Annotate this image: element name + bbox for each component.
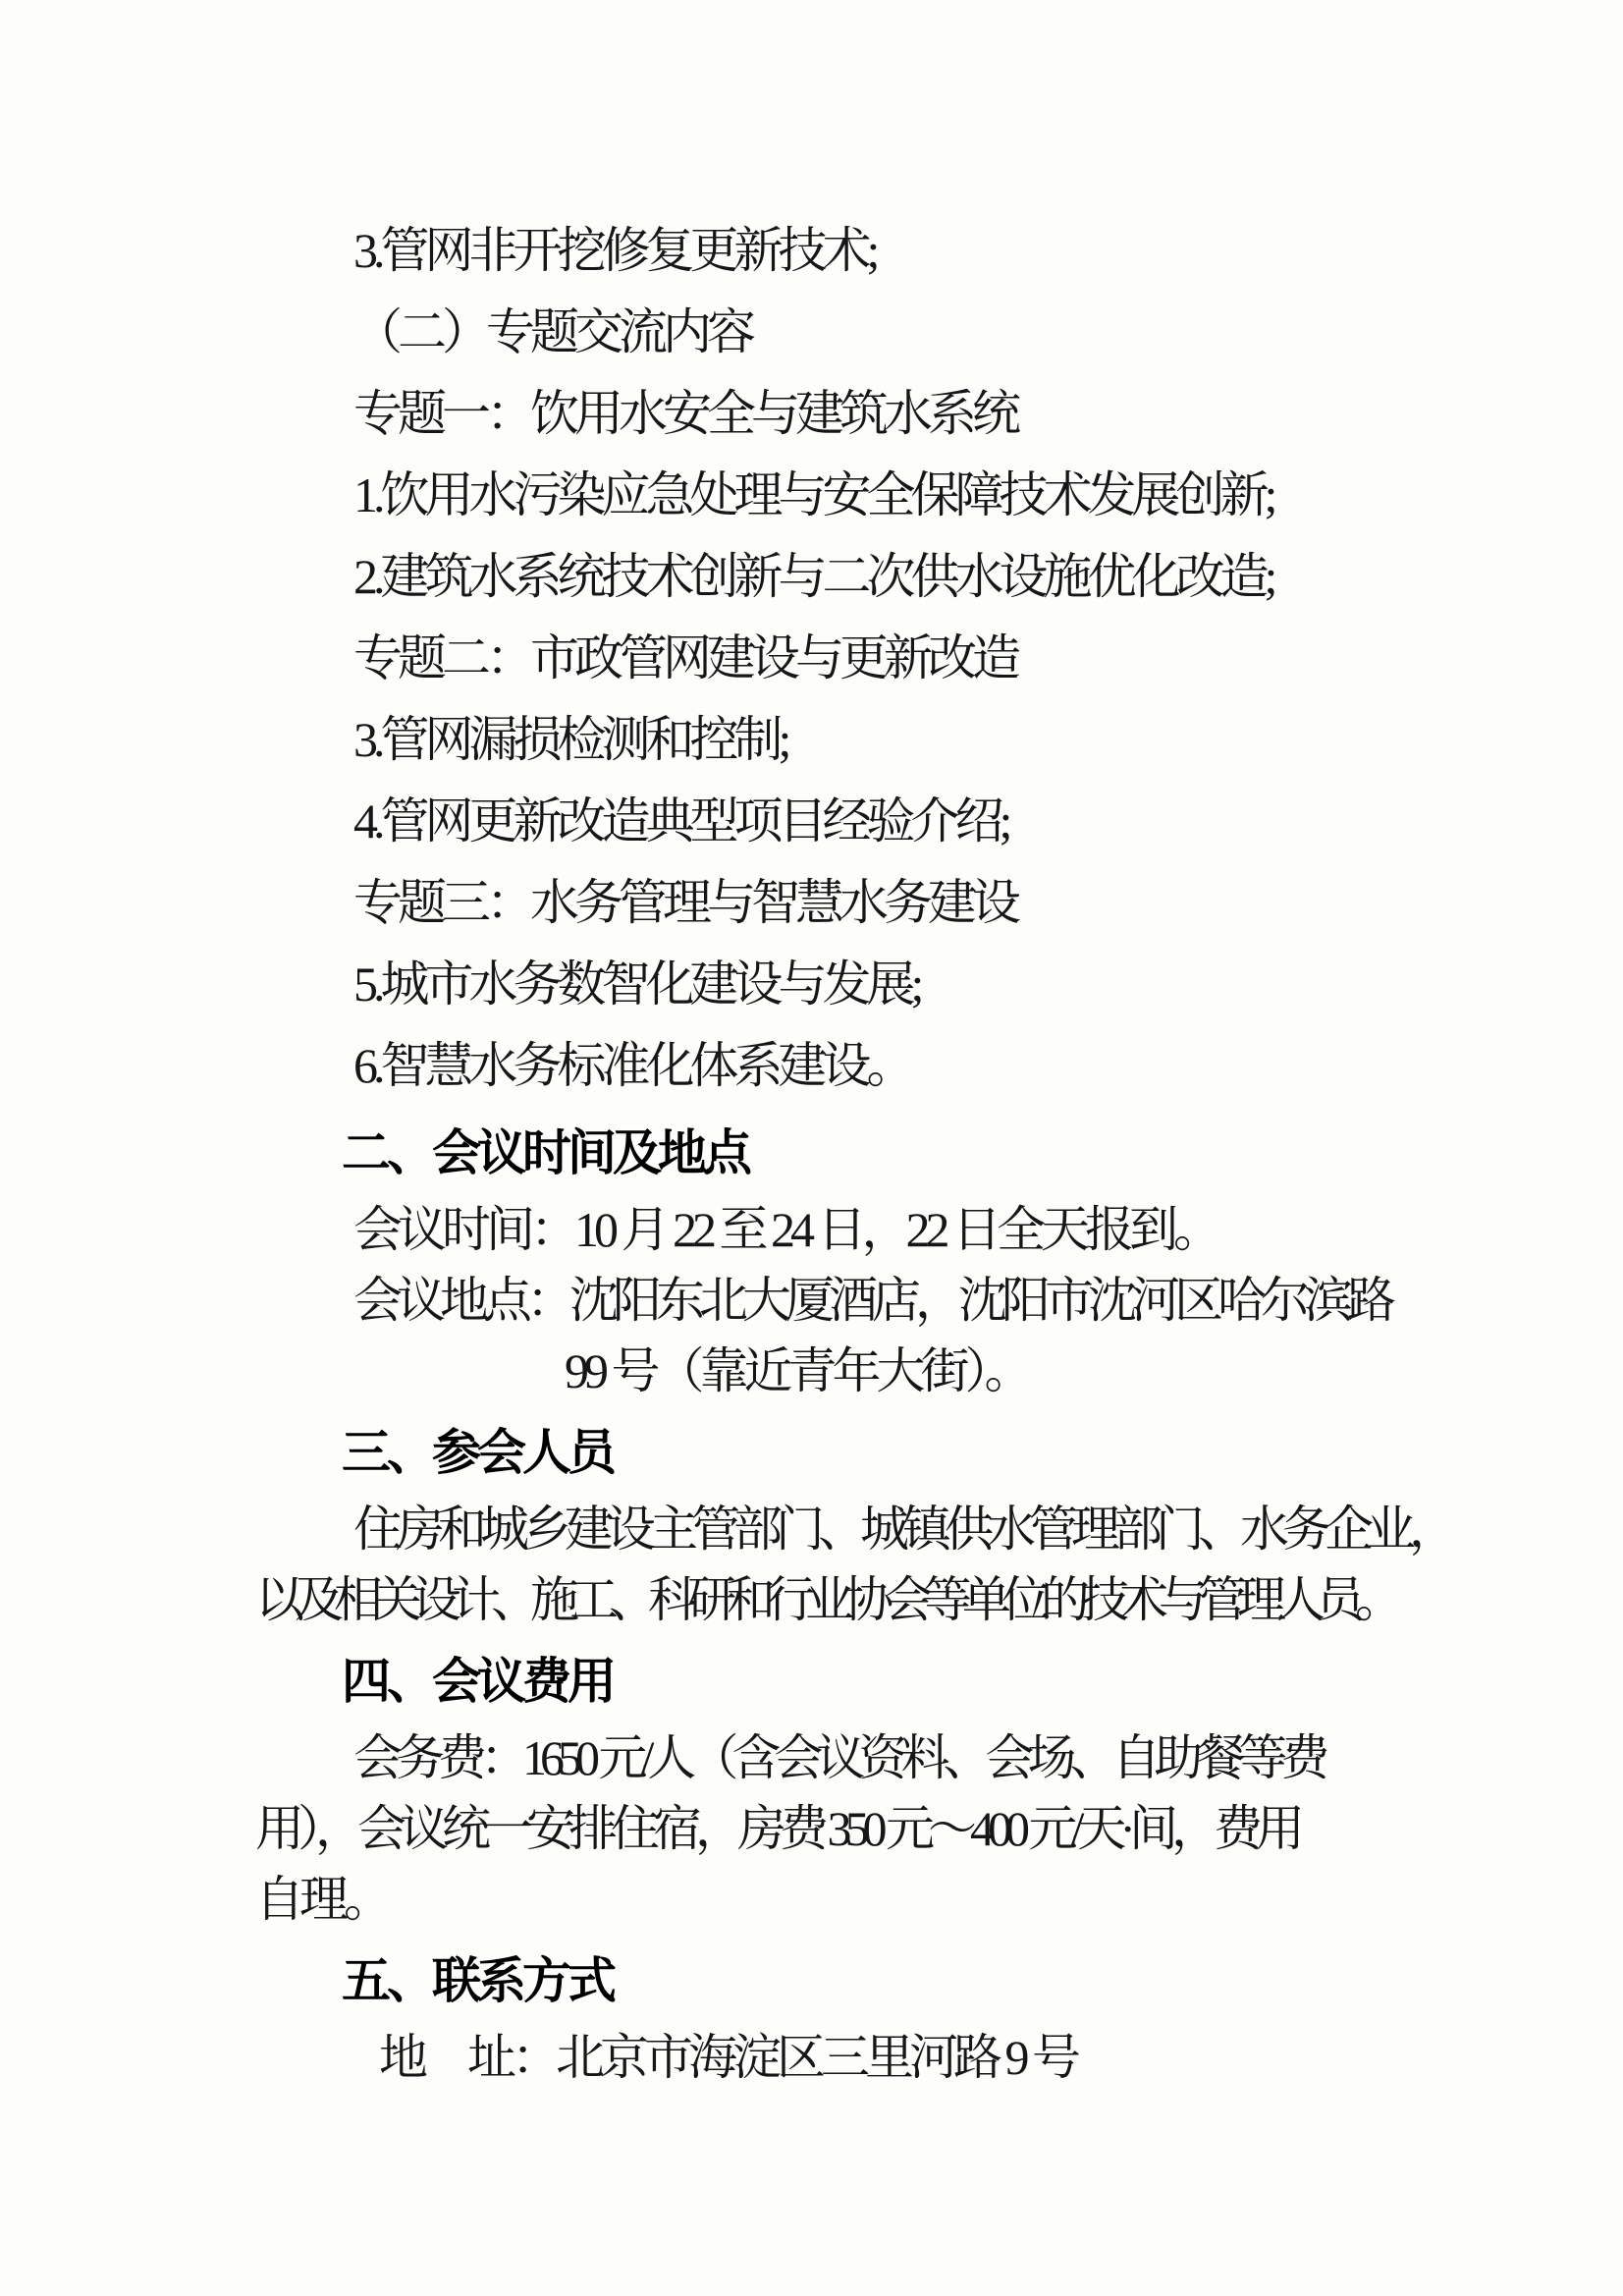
fee-line: 自理。 [255, 1864, 1492, 1935]
document-page: 3.管网非开挖修复更新技术; （二）专题交流内容 专题一：饮用水安全与建筑水系统… [0, 0, 1623, 2296]
meeting-time-line: 会议时间：10 月 22 至 24 日，22 日全天报到。 [255, 1194, 1492, 1265]
participants-line: 以及相关设计、施工、科研和行业协会等单位的技术与管理人员。 [255, 1564, 1492, 1635]
topic-list: 3.管网非开挖修复更新技术; （二）专题交流内容 专题一：饮用水安全与建筑水系统… [255, 210, 1492, 1107]
meeting-location-line2: 99 号（靠近青年大街）。 [255, 1336, 1492, 1406]
section-heading: 三、参会人员 [255, 1412, 1492, 1494]
contact-address-line: 地 址：北京市海淀区三里河路 9 号 [255, 2022, 1492, 2093]
section-heading: 四、会议费用 [255, 1641, 1492, 1722]
topic-title: 专题二：市政管网建设与更新改造 [255, 618, 1492, 699]
section-contact: 五、联系方式 地 址：北京市海淀区三里河路 9 号 [255, 1941, 1492, 2093]
fee-line: 会务费：1650 元/人（含会议资料、会场、自助餐等费 [255, 1722, 1492, 1793]
list-item: 4.管网更新改造典型项目经验介绍; [255, 781, 1492, 862]
list-subheading: （二）专题交流内容 [255, 292, 1492, 373]
section-heading: 五、联系方式 [255, 1941, 1492, 2022]
participants-line: 住房和城乡建设主管部门、城镇供水管理部门、水务企业， [255, 1494, 1492, 1564]
section-heading: 二、会议时间及地点 [255, 1113, 1492, 1194]
topic-title: 专题一：饮用水安全与建筑水系统 [255, 373, 1492, 455]
document-content: 3.管网非开挖修复更新技术; （二）专题交流内容 专题一：饮用水安全与建筑水系统… [255, 210, 1492, 2093]
list-item: 3.管网漏损检测和控制; [255, 699, 1492, 781]
list-item: 6.智慧水务标准化体系建设。 [255, 1025, 1492, 1107]
list-item: 1.饮用水污染应急处理与安全保障技术发展创新; [255, 455, 1492, 536]
section-time-location: 二、会议时间及地点 会议时间：10 月 22 至 24 日，22 日全天报到。 … [255, 1113, 1492, 1406]
section-participants: 三、参会人员 住房和城乡建设主管部门、城镇供水管理部门、水务企业， 以及相关设计… [255, 1412, 1492, 1635]
meeting-location-line: 会议地点：沈阳东北大厦酒店，沈阳市沈河区哈尔滨路 [255, 1265, 1492, 1336]
topic-title: 专题三：水务管理与智慧水务建设 [255, 862, 1492, 944]
section-fee: 四、会议费用 会务费：1650 元/人（含会议资料、会场、自助餐等费 用），会议… [255, 1641, 1492, 1935]
list-item: 3.管网非开挖修复更新技术; [255, 210, 1492, 292]
fee-line: 用），会议统一安排住宿，房费 350 元～400 元/天·间，费用 [255, 1793, 1492, 1864]
list-item: 2.建筑水系统技术创新与二次供水设施优化改造; [255, 536, 1492, 618]
list-item: 5.城市水务数智化建设与发展; [255, 944, 1492, 1025]
